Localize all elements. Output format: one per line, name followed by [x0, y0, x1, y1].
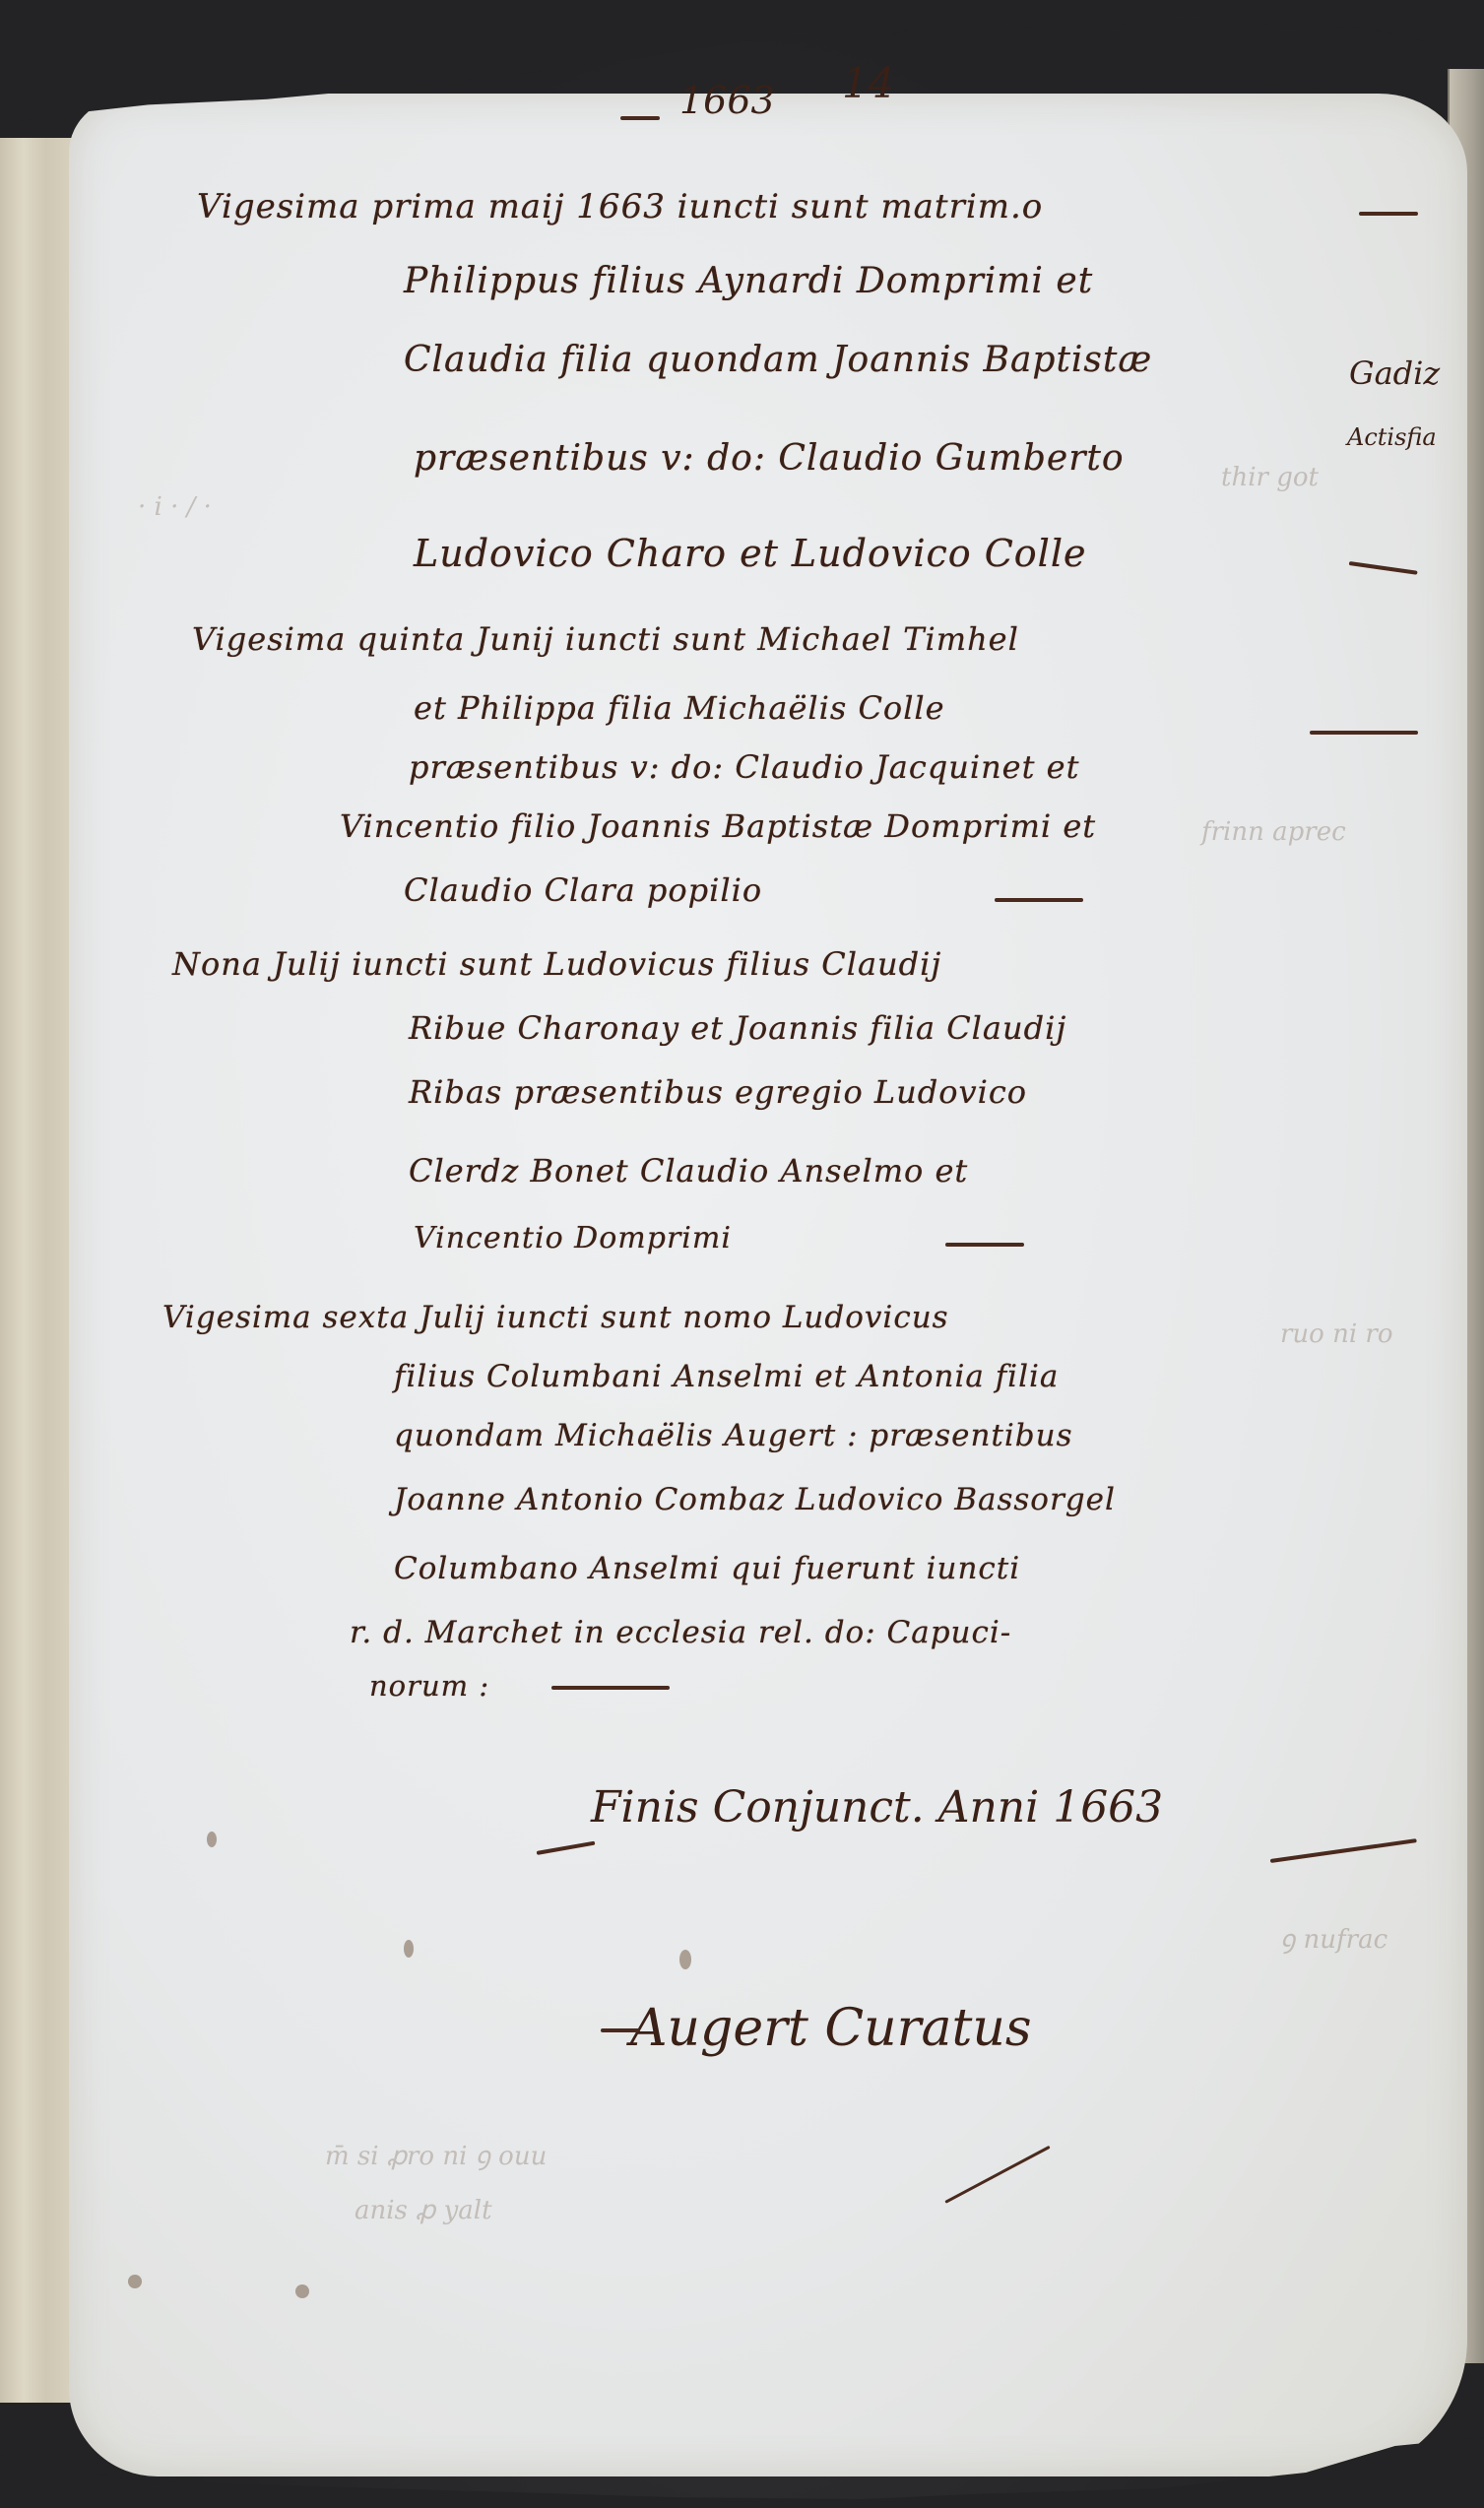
bleed-through-text: ꝯ nufrac [1280, 1920, 1387, 1956]
entry-line: filius Columbani Anselmi et Antonia fili… [394, 1359, 1059, 1394]
entry-line: Vigesima sexta Julij iuncti sunt nomo Lu… [162, 1300, 949, 1335]
line-rule [1359, 212, 1418, 216]
entry-line: norum : [369, 1669, 489, 1703]
entry-line: Ribas præsentibus egregio Ludovico [409, 1073, 1027, 1111]
entry-line: Nona Julij iuncti sunt Ludovicus filius … [172, 945, 941, 983]
bleed-through-text: ruo ni ro [1280, 1319, 1393, 1349]
entry-line: Ludovico Charo et Ludovico Colle [414, 532, 1086, 575]
bleed-through-text: anis ꝓ yalt [355, 2196, 492, 2225]
ink-blot [295, 2284, 309, 2298]
line-rule [995, 898, 1083, 902]
bleed-through-text: frinn aprec [1201, 817, 1346, 847]
bleed-through-text: thir got [1221, 463, 1319, 492]
entry-line: Claudio Clara popilio [404, 871, 762, 909]
bleed-through-text: · i · / · [138, 492, 212, 522]
entry-line: quondam Michaëlis Augert : præsentibus [394, 1418, 1073, 1453]
entry-line: r. d. Marchet in ecclesia rel. do: Capuc… [350, 1615, 1011, 1650]
entry-line: præsentibus v: do: Claudio Gumberto [414, 438, 1125, 479]
header-year: 1663 [679, 79, 775, 122]
signature-flourish [601, 2028, 640, 2032]
entry-line: Philippus filius Aynardi Domprimi et [404, 261, 1093, 301]
line-rule [1310, 731, 1418, 735]
curate-signature: Augert Curatus [630, 1999, 1032, 2058]
book-spine [0, 138, 79, 2403]
entry-line: et Philippa filia Michaëlis Colle [414, 689, 945, 727]
bleed-through-text: m̄ si ꝓro ni ꝯ ouu [325, 2137, 547, 2172]
entry-line: Ribue Charonay et Joannis filia Claudij [409, 1009, 1066, 1047]
ink-blot [679, 1950, 691, 1969]
margin-note: Gadiz [1349, 354, 1440, 392]
line-rule [945, 1243, 1024, 1247]
entry-line: Vigesima quinta Junij iuncti sunt Michae… [192, 620, 1019, 658]
ink-blot [404, 1940, 414, 1958]
ink-blot [128, 2275, 142, 2288]
entry-line: Claudia filia quondam Joannis Baptistæ [404, 340, 1152, 380]
entry-line: Clerdz Bonet Claudio Anselmo et [409, 1152, 968, 1190]
entry-line: præsentibus v: do: Claudio Jacquinet et [409, 748, 1079, 786]
entry-line: Columbano Anselmi qui fuerunt iuncti [394, 1551, 1020, 1586]
closing-text: Finis Conjunct. Anni 1663 [591, 1782, 1163, 1833]
ink-blot [207, 1832, 217, 1847]
line-rule [551, 1686, 670, 1690]
entry-line: Vincentio filio Joannis Baptistæ Domprim… [340, 807, 1096, 845]
entry-line: Vincentio Domprimi [414, 1221, 732, 1255]
margin-note: Actisfia [1347, 423, 1437, 451]
entry-line: Joanne Antonio Combaz Ludovico Bassorgel [394, 1482, 1116, 1517]
header-rule [620, 116, 660, 120]
page-number: 14 [842, 59, 894, 107]
entry-line: Vigesima prima maij 1663 iuncti sunt mat… [197, 187, 1043, 226]
